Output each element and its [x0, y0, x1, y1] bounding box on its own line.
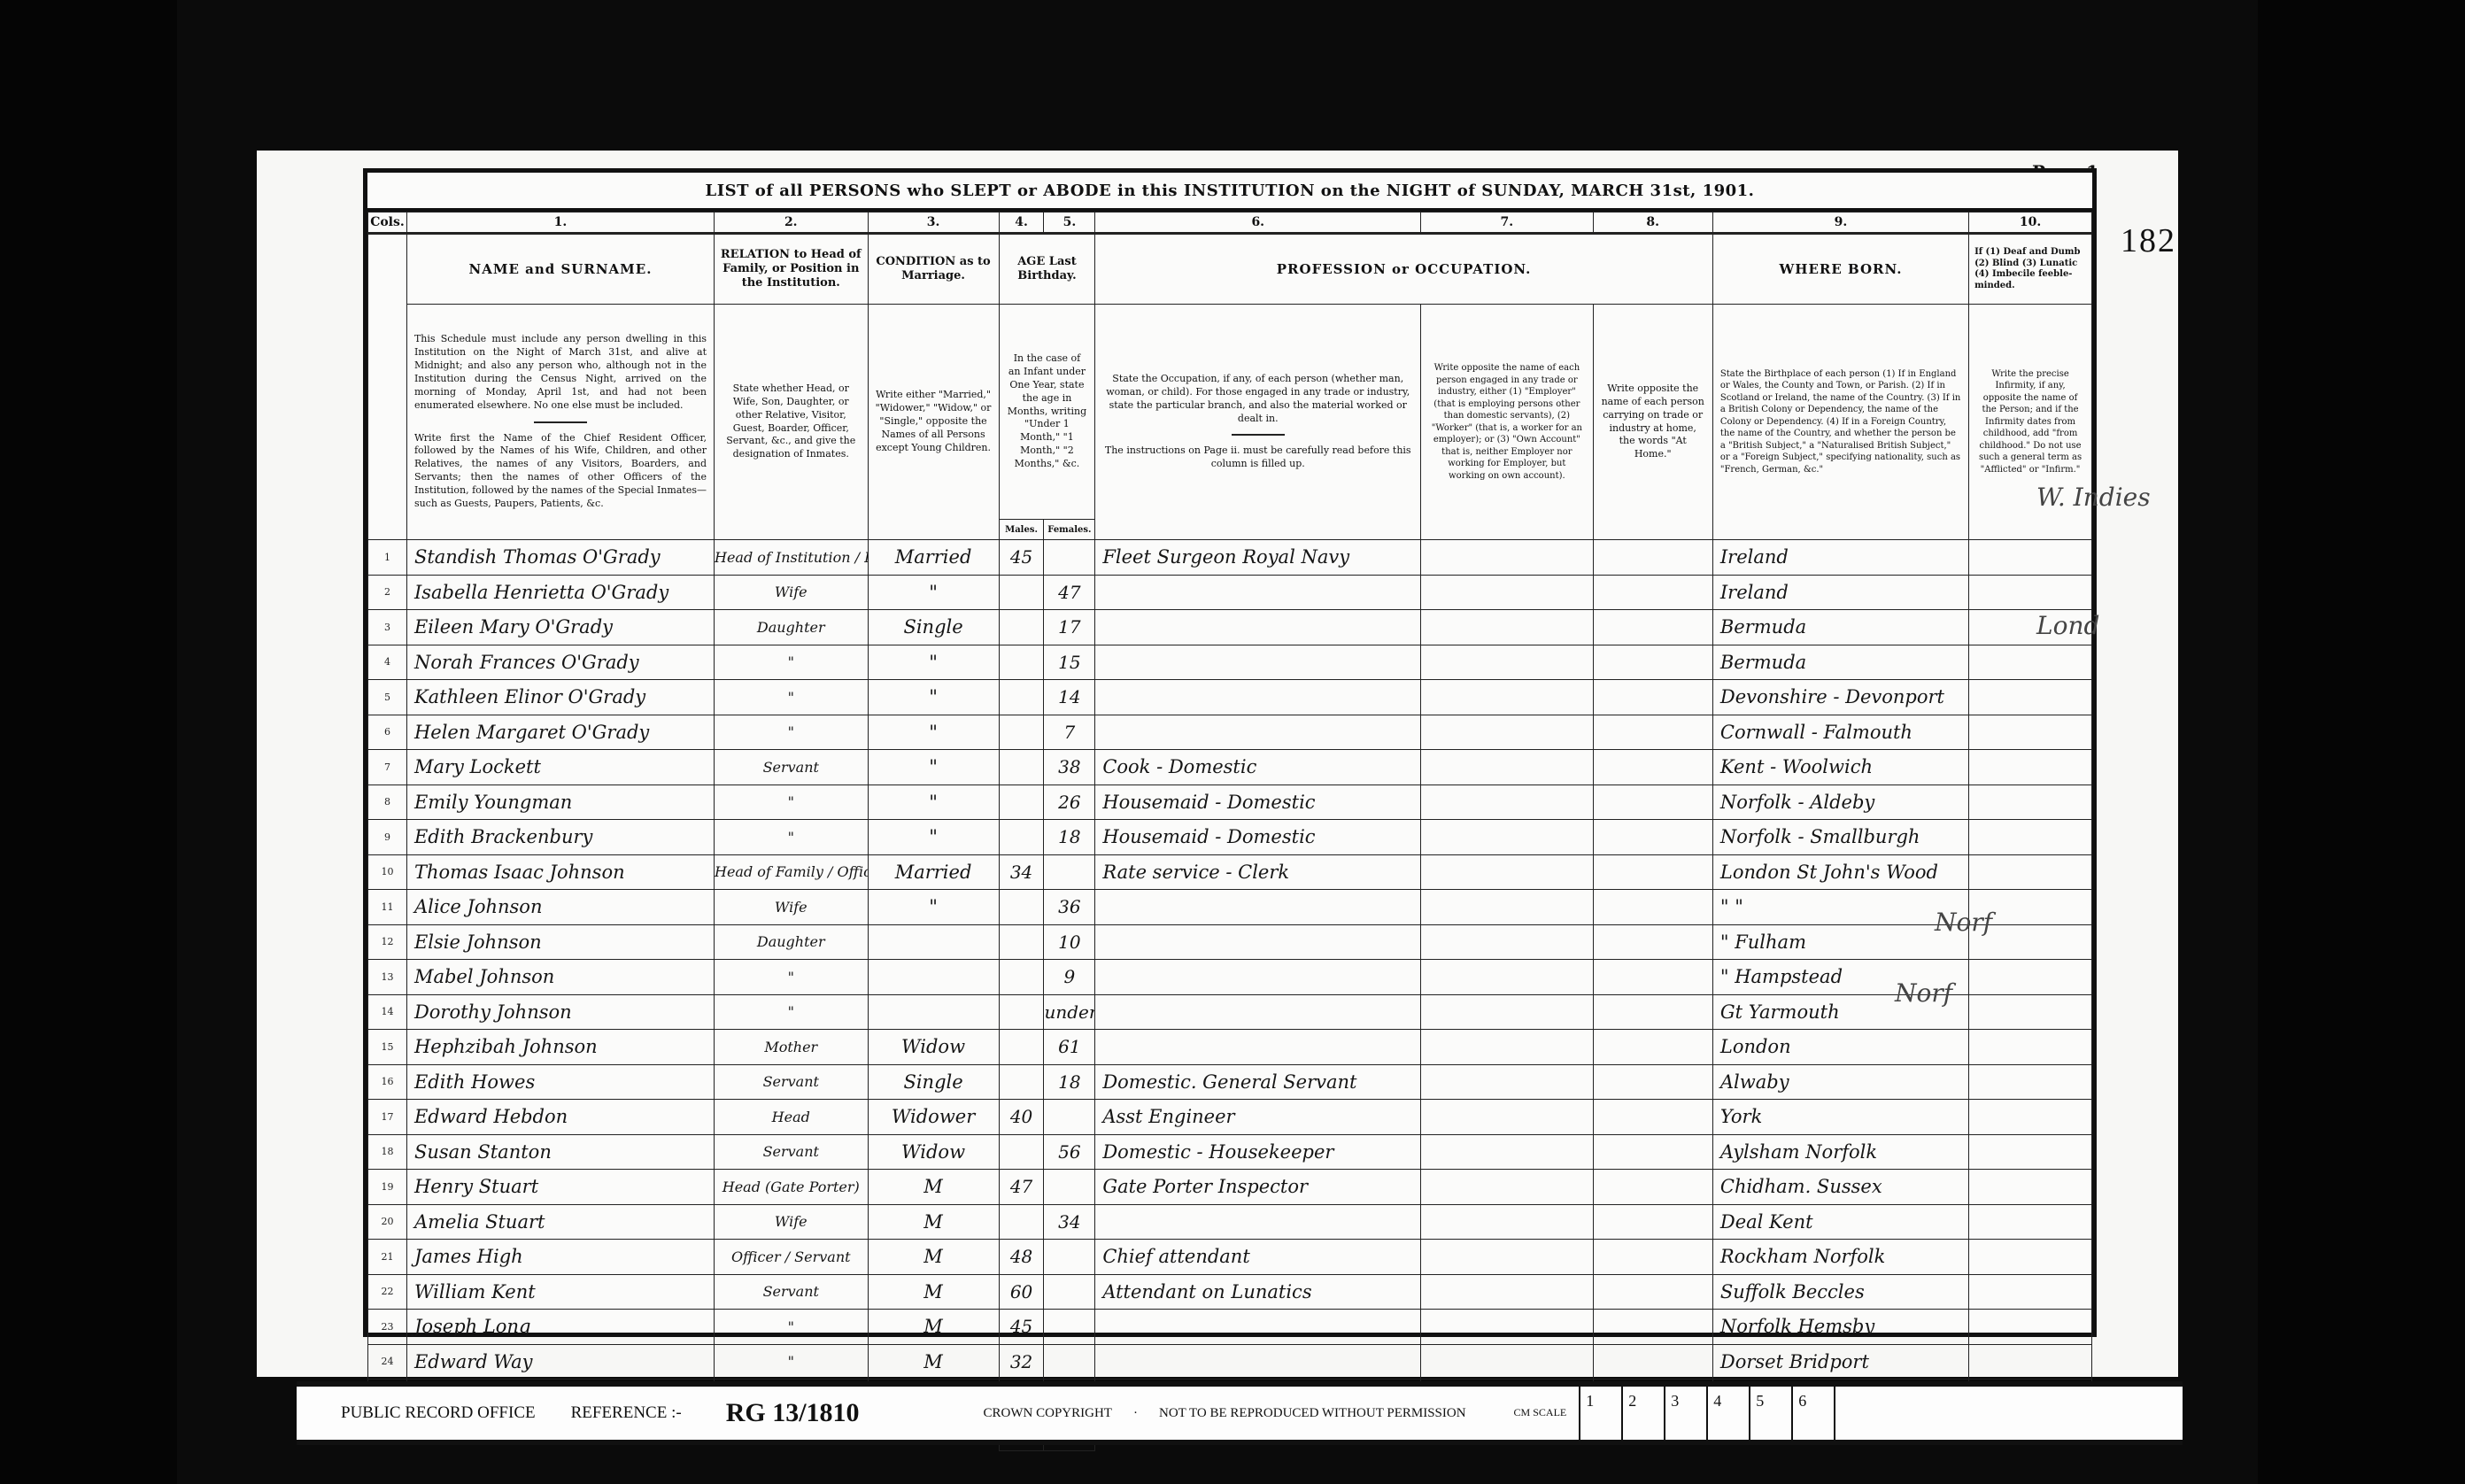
col-number-8: 8. [1593, 213, 1712, 234]
census-page: Page 1 182 LIST of all PERSONS who SLEPT… [257, 151, 2178, 1377]
row-number: 19 [368, 1170, 407, 1205]
cell-condition: Widow [868, 1030, 999, 1065]
cell-at-home [1593, 715, 1712, 750]
cell-relation: Head of Institution / Head of Family [715, 540, 869, 576]
cell-occupation: Domestic - Housekeeper [1095, 1134, 1421, 1170]
cell-where-born: Bermuda [1712, 645, 1968, 680]
cell-infirmity [1969, 1344, 2092, 1380]
cell-where-born: Suffolk Beccles [1712, 1274, 1968, 1310]
table-row: 10Thomas Isaac JohnsonHead of Family / O… [368, 854, 2092, 890]
table-row: 23Joseph Long"M45Norfolk Hemsby [368, 1310, 2092, 1345]
cell-where-born: Ireland [1712, 575, 1968, 610]
instructions-name-2: Write first the Name of the Chief Reside… [414, 432, 707, 509]
record-office-footer: PUBLIC RECORD OFFICE REFERENCE :- RG 13/… [297, 1381, 2183, 1445]
row-number: 2 [368, 575, 407, 610]
cell-relation: Head of Family / Officer in Institution [715, 854, 869, 890]
table-row: 16Edith HowesServantSingle18Domestic. Ge… [368, 1064, 2092, 1100]
cell-age-male [999, 924, 1044, 960]
cell-where-born: Dorset Bridport [1712, 1344, 1968, 1380]
scale-mark-empty [1834, 1387, 1918, 1440]
cell-at-home [1593, 575, 1712, 610]
cell-age-female: 56 [1044, 1134, 1095, 1170]
cell-where-born: Alwaby [1712, 1064, 1968, 1100]
cell-at-home [1593, 890, 1712, 925]
table-row: 11Alice JohnsonWife"36" " [368, 890, 2092, 925]
cell-name: Henry Stuart [406, 1170, 714, 1205]
footer-notice: NOT TO BE REPRODUCED WITHOUT PERMISSION [1159, 1406, 1466, 1421]
cell-name: Standish Thomas O'Grady [406, 540, 714, 576]
cell-occupation: Rate service - Clerk [1095, 854, 1421, 890]
table-row: 2Isabella Henrietta O'GradyWife"47Irelan… [368, 575, 2092, 610]
cell-at-home [1593, 1170, 1712, 1205]
header-age: AGE Last Birthday. [999, 234, 1095, 305]
cell-condition: " [868, 715, 999, 750]
cell-condition: Married [868, 540, 999, 576]
cell-condition: M [868, 1204, 999, 1240]
cell-age-female: 17 [1044, 610, 1095, 645]
row-number: 6 [368, 715, 407, 750]
cell-condition: M [868, 1170, 999, 1205]
cell-where-born: Rockham Norfolk [1712, 1240, 1968, 1275]
cell-employment [1421, 715, 1593, 750]
cell-condition: " [868, 820, 999, 855]
cell-age-female: 18 [1044, 820, 1095, 855]
cell-occupation [1095, 575, 1421, 610]
cell-infirmity [1969, 854, 2092, 890]
cell-occupation: Housemaid - Domestic [1095, 785, 1421, 820]
cell-at-home [1593, 1344, 1712, 1380]
row-number: 10 [368, 854, 407, 890]
cell-occupation [1095, 715, 1421, 750]
instructions-occupation: State the Occupation, if any, of each pe… [1095, 305, 1421, 540]
cell-name: Mary Lockett [406, 750, 714, 785]
cell-occupation: Attendant on Lunatics [1095, 1274, 1421, 1310]
cell-employment [1421, 890, 1593, 925]
cell-age-male: 45 [999, 540, 1044, 576]
header-where-born: WHERE BORN. [1712, 234, 1968, 305]
cell-employment [1421, 540, 1593, 576]
cell-at-home [1593, 1240, 1712, 1275]
footer-reference-label: REFERENCE :- [571, 1403, 682, 1423]
col-number-10: 10. [1969, 213, 2092, 234]
table-row: 8Emily Youngman""26Housemaid - DomesticN… [368, 785, 2092, 820]
table-row: 4Norah Frances O'Grady""15Bermuda [368, 645, 2092, 680]
table-row: 7Mary LockettServant"38Cook - DomesticKe… [368, 750, 2092, 785]
cell-employment [1421, 820, 1593, 855]
cell-age-female [1044, 540, 1095, 576]
cell-employment [1421, 1064, 1593, 1100]
cell-infirmity [1969, 1204, 2092, 1240]
cell-occupation [1095, 1030, 1421, 1065]
col-number-1: 1. [406, 213, 714, 234]
row-number: 22 [368, 1274, 407, 1310]
cell-condition: " [868, 750, 999, 785]
cell-where-born: Norfolk Hemsby [1712, 1310, 1968, 1345]
cell-age-male [999, 785, 1044, 820]
table-row: 15Hephzibah JohnsonMotherWidow61London [368, 1030, 2092, 1065]
cell-name: Edith Brackenbury [406, 820, 714, 855]
instructions-employment: Write opposite the name of each person e… [1421, 305, 1593, 540]
cell-name: James High [406, 1240, 714, 1275]
cell-employment [1421, 924, 1593, 960]
cell-where-born: Cornwall - Falmouth [1712, 715, 1968, 750]
cell-infirmity [1969, 715, 2092, 750]
census-form: LIST of all PERSONS who SLEPT or ABODE i… [363, 168, 2097, 1337]
cell-condition: Widower [868, 1100, 999, 1135]
row-number: 23 [368, 1310, 407, 1345]
cell-where-born: Ireland [1712, 540, 1968, 576]
cell-age-male: 34 [999, 854, 1044, 890]
cell-infirmity [1969, 645, 2092, 680]
cell-age-male [999, 610, 1044, 645]
cell-condition: M [868, 1274, 999, 1310]
cell-employment [1421, 994, 1593, 1030]
cell-age-male [999, 645, 1044, 680]
cell-infirmity [1969, 820, 2092, 855]
col-number-3: 3. [868, 213, 999, 234]
cell-name: Amelia Stuart [406, 1204, 714, 1240]
side-folio-number: 182 [2121, 221, 2176, 260]
cell-name: William Kent [406, 1274, 714, 1310]
cell-relation: " [715, 785, 869, 820]
footer-office: PUBLIC RECORD OFFICE [341, 1403, 536, 1423]
cell-employment [1421, 1100, 1593, 1135]
row-number: 3 [368, 610, 407, 645]
margin-note-norf-2: Norf [1895, 978, 1952, 1008]
cell-condition [868, 924, 999, 960]
cell-employment [1421, 1240, 1593, 1275]
cell-where-born: Bermuda [1712, 610, 1968, 645]
entries-body: 1Standish Thomas O'GradyHead of Institut… [368, 540, 2092, 1415]
cell-relation: Head (Gate Porter) [715, 1170, 869, 1205]
cell-name: Isabella Henrietta O'Grady [406, 575, 714, 610]
cell-employment [1421, 1310, 1593, 1345]
cell-employment [1421, 575, 1593, 610]
age-females-label: Females. [1044, 520, 1095, 540]
cell-condition: Widow [868, 1134, 999, 1170]
cell-infirmity [1969, 994, 2092, 1030]
cell-employment [1421, 645, 1593, 680]
table-row: 1Standish Thomas O'GradyHead of Institut… [368, 540, 2092, 576]
cell-relation: " [715, 645, 869, 680]
cell-infirmity [1969, 1100, 2092, 1135]
cell-condition: " [868, 645, 999, 680]
cell-name: Joseph Long [406, 1310, 714, 1345]
cell-relation: Servant [715, 1064, 869, 1100]
cell-where-born: " " [1712, 890, 1968, 925]
cell-relation: " [715, 1310, 869, 1345]
cell-occupation: Fleet Surgeon Royal Navy [1095, 540, 1421, 576]
cell-infirmity [1969, 960, 2092, 995]
cell-where-born: Chidham. Sussex [1712, 1170, 1968, 1205]
cell-occupation [1095, 960, 1421, 995]
cell-occupation: Cook - Domestic [1095, 750, 1421, 785]
cell-where-born: Aylsham Norfolk [1712, 1134, 1968, 1170]
cell-age-male [999, 750, 1044, 785]
cell-condition: " [868, 890, 999, 925]
scale-mark: 4 [1706, 1387, 1749, 1440]
col-number-6: 6. [1095, 213, 1421, 234]
form-title: LIST of all PERSONS who SLEPT or ABODE i… [367, 173, 2092, 212]
cell-name: Mabel Johnson [406, 960, 714, 995]
cell-name: Emily Youngman [406, 785, 714, 820]
cell-infirmity [1969, 1030, 2092, 1065]
cell-name: Edith Howes [406, 1064, 714, 1100]
cols-spacer [368, 234, 407, 540]
cell-employment [1421, 1204, 1593, 1240]
cell-condition: " [868, 680, 999, 715]
cell-age-female: 47 [1044, 575, 1095, 610]
cell-employment [1421, 750, 1593, 785]
cell-occupation [1095, 610, 1421, 645]
cell-condition: M [868, 1310, 999, 1345]
instructions-occupation-b: The instructions on Page ii. must be car… [1105, 444, 1411, 469]
cell-at-home [1593, 785, 1712, 820]
cell-at-home [1593, 645, 1712, 680]
cell-employment [1421, 960, 1593, 995]
table-row: 22William KentServantM60Attendant on Lun… [368, 1274, 2092, 1310]
cell-relation: Officer / Servant [715, 1240, 869, 1275]
scale-mark: 6 [1791, 1387, 1834, 1440]
col-number-9: 9. [1712, 213, 1968, 234]
instructions-relation: State whether Head, or Wife, Son, Daught… [715, 305, 869, 540]
table-row: 3Eileen Mary O'GradyDaughterSingle17Berm… [368, 610, 2092, 645]
census-table: Cols. 1. 2. 3. 4. 5. 6. 7. 8. 9. 10. NAM… [367, 212, 2092, 1451]
cell-age-male: 32 [999, 1344, 1044, 1380]
cell-condition: Single [868, 1064, 999, 1100]
cell-condition: Married [868, 854, 999, 890]
table-row: 9Edith Brackenbury""18Housemaid - Domest… [368, 820, 2092, 855]
cell-age-female: 9 [1044, 960, 1095, 995]
row-number: 7 [368, 750, 407, 785]
cell-at-home [1593, 750, 1712, 785]
col-number-4: 4. [999, 213, 1044, 234]
table-row: 6Helen Margaret O'Grady""7Cornwall - Fal… [368, 715, 2092, 750]
table-row: 5Kathleen Elinor O'Grady""14Devonshire -… [368, 680, 2092, 715]
cell-condition [868, 994, 999, 1030]
col-number-2: 2. [715, 213, 869, 234]
scale-mark: 1 [1579, 1387, 1621, 1440]
cell-relation: Mother [715, 1030, 869, 1065]
cell-at-home [1593, 994, 1712, 1030]
cell-condition: M [868, 1240, 999, 1275]
cell-age-male [999, 820, 1044, 855]
cell-age-male [999, 575, 1044, 610]
cell-name: Thomas Isaac Johnson [406, 854, 714, 890]
scale-mark: 5 [1749, 1387, 1791, 1440]
cell-employment [1421, 610, 1593, 645]
instructions-name-1: This Schedule must include any person dw… [414, 333, 707, 410]
table-row: 20Amelia StuartWifeM34Deal Kent [368, 1204, 2092, 1240]
cell-relation: Head [715, 1100, 869, 1135]
cell-infirmity [1969, 1170, 2092, 1205]
row-number: 13 [368, 960, 407, 995]
row-number: 1 [368, 540, 407, 576]
cell-age-female [1044, 1344, 1095, 1380]
instructions-occupation-a: State the Occupation, if any, of each pe… [1106, 373, 1410, 424]
cell-at-home [1593, 1310, 1712, 1345]
cell-employment [1421, 1170, 1593, 1205]
header-name: NAME and SURNAME. [406, 234, 714, 305]
cell-age-female: 34 [1044, 1204, 1095, 1240]
cell-condition: M [868, 1344, 999, 1380]
cell-name: Edward Way [406, 1344, 714, 1380]
instructions-name: This Schedule must include any person dw… [406, 305, 714, 540]
cell-occupation [1095, 1204, 1421, 1240]
cell-employment [1421, 1274, 1593, 1310]
cell-age-male: 47 [999, 1170, 1044, 1205]
cell-condition [868, 960, 999, 995]
cell-where-born: London St John's Wood [1712, 854, 1968, 890]
cell-condition: Single [868, 610, 999, 645]
cell-relation: " [715, 680, 869, 715]
row-number: 5 [368, 680, 407, 715]
cell-infirmity [1969, 1134, 2092, 1170]
footer-separator: · [1133, 1406, 1138, 1421]
cell-age-male [999, 680, 1044, 715]
cell-infirmity [1969, 680, 2092, 715]
row-number: 21 [368, 1240, 407, 1275]
row-number: 12 [368, 924, 407, 960]
row-number: 24 [368, 1344, 407, 1380]
cell-age-male [999, 890, 1044, 925]
cell-relation: Wife [715, 575, 869, 610]
cell-age-female: 36 [1044, 890, 1095, 925]
footer-copyright: CROWN COPYRIGHT [984, 1406, 1112, 1421]
cell-name: Hephzibah Johnson [406, 1030, 714, 1065]
cell-age-female: 61 [1044, 1030, 1095, 1065]
cell-relation: Daughter [715, 610, 869, 645]
margin-note-w-indies: W. Indies [2036, 483, 2151, 512]
cell-infirmity [1969, 540, 2092, 576]
table-row: 13Mabel Johnson"9" Hampstead [368, 960, 2092, 995]
cell-at-home [1593, 610, 1712, 645]
cell-occupation: Chief attendant [1095, 1240, 1421, 1275]
row-number: 9 [368, 820, 407, 855]
cell-where-born: Norfolk - Smallburgh [1712, 820, 1968, 855]
instructions-age: In the case of an Infant under One Year,… [999, 305, 1095, 520]
cell-age-female: 38 [1044, 750, 1095, 785]
footer-reference: RG 13/1810 [726, 1398, 860, 1428]
instructions-condition: Write either "Married," "Widower," "Wido… [868, 305, 999, 540]
cell-occupation [1095, 890, 1421, 925]
row-number: 20 [368, 1204, 407, 1240]
cell-age-female: 10 [1044, 924, 1095, 960]
row-number: 15 [368, 1030, 407, 1065]
col-number-7: 7. [1421, 213, 1593, 234]
cell-age-male [999, 1030, 1044, 1065]
cell-age-female [1044, 1240, 1095, 1275]
cell-infirmity [1969, 1274, 2092, 1310]
instructions-at-home: Write opposite the name of each person c… [1593, 305, 1712, 540]
cell-at-home [1593, 854, 1712, 890]
cell-at-home [1593, 1030, 1712, 1065]
cell-age-female: under 1 mo [1044, 994, 1095, 1030]
row-number: 17 [368, 1100, 407, 1135]
cell-age-female: 14 [1044, 680, 1095, 715]
cell-infirmity [1969, 1064, 2092, 1100]
header-infirmity: If (1) Deaf and Dumb (2) Blind (3) Lunat… [1969, 234, 2092, 305]
cell-where-born: Deal Kent [1712, 1204, 1968, 1240]
cell-age-male [999, 1204, 1044, 1240]
cell-age-male: 48 [999, 1240, 1044, 1275]
cell-name: Kathleen Elinor O'Grady [406, 680, 714, 715]
table-row: 14Dorothy Johnson"under 1 moGt Yarmouth [368, 994, 2092, 1030]
cell-age-female [1044, 1100, 1095, 1135]
cell-condition: " [868, 785, 999, 820]
cell-infirmity [1969, 575, 2092, 610]
cell-infirmity [1969, 750, 2092, 785]
cell-name: Dorothy Johnson [406, 994, 714, 1030]
cols-label: Cols. [368, 213, 407, 234]
cell-relation: Servant [715, 1274, 869, 1310]
table-row: 12Elsie JohnsonDaughter10" Fulham [368, 924, 2092, 960]
cell-employment [1421, 680, 1593, 715]
cell-relation: " [715, 1344, 869, 1380]
scale-mark: 2 [1621, 1387, 1664, 1440]
table-row: 17Edward HebdonHeadWidower40Asst Enginee… [368, 1100, 2092, 1135]
cell-name: Norah Frances O'Grady [406, 645, 714, 680]
cell-age-male [999, 1134, 1044, 1170]
cell-age-male: 45 [999, 1310, 1044, 1345]
cell-at-home [1593, 820, 1712, 855]
cell-at-home [1593, 924, 1712, 960]
col-number-5: 5. [1044, 213, 1095, 234]
cell-occupation: Domestic. General Servant [1095, 1064, 1421, 1100]
cell-name: Eileen Mary O'Grady [406, 610, 714, 645]
header-occupation: PROFESSION or OCCUPATION. [1095, 234, 1713, 305]
cell-where-born: Kent - Woolwich [1712, 750, 1968, 785]
cell-occupation [1095, 680, 1421, 715]
divider [1232, 434, 1285, 436]
cell-age-female [1044, 854, 1095, 890]
cell-age-male [999, 715, 1044, 750]
cell-employment [1421, 1030, 1593, 1065]
cell-relation: " [715, 994, 869, 1030]
cell-age-male [999, 960, 1044, 995]
table-row: 18Susan StantonServantWidow56Domestic - … [368, 1134, 2092, 1170]
cell-employment [1421, 785, 1593, 820]
cell-occupation [1095, 645, 1421, 680]
cell-age-female: 7 [1044, 715, 1095, 750]
cell-age-female [1044, 1274, 1095, 1310]
cell-at-home [1593, 960, 1712, 995]
cell-at-home [1593, 540, 1712, 576]
table-row: 21James HighOfficer / ServantM48Chief at… [368, 1240, 2092, 1275]
cell-relation: " [715, 715, 869, 750]
margin-note-lond: Lond [2036, 611, 2099, 640]
cell-where-born: Devonshire - Devonport [1712, 680, 1968, 715]
cell-where-born: " Fulham [1712, 924, 1968, 960]
cell-infirmity [1969, 785, 2092, 820]
cell-occupation: Asst Engineer [1095, 1100, 1421, 1135]
table-row: 19Henry StuartHead (Gate Porter)M47Gate … [368, 1170, 2092, 1205]
cell-relation: Daughter [715, 924, 869, 960]
cell-employment [1421, 854, 1593, 890]
cell-relation: Servant [715, 750, 869, 785]
cell-relation: Servant [715, 1134, 869, 1170]
cell-occupation [1095, 1344, 1421, 1380]
cell-relation: " [715, 960, 869, 995]
cm-scale-label: CM SCALE [1514, 1387, 1567, 1440]
cell-name: Helen Margaret O'Grady [406, 715, 714, 750]
cell-at-home [1593, 1274, 1712, 1310]
cell-relation: Wife [715, 890, 869, 925]
cell-at-home [1593, 1100, 1712, 1135]
cell-occupation: Housemaid - Domestic [1095, 820, 1421, 855]
scale-mark: 3 [1664, 1387, 1706, 1440]
cell-age-male [999, 994, 1044, 1030]
